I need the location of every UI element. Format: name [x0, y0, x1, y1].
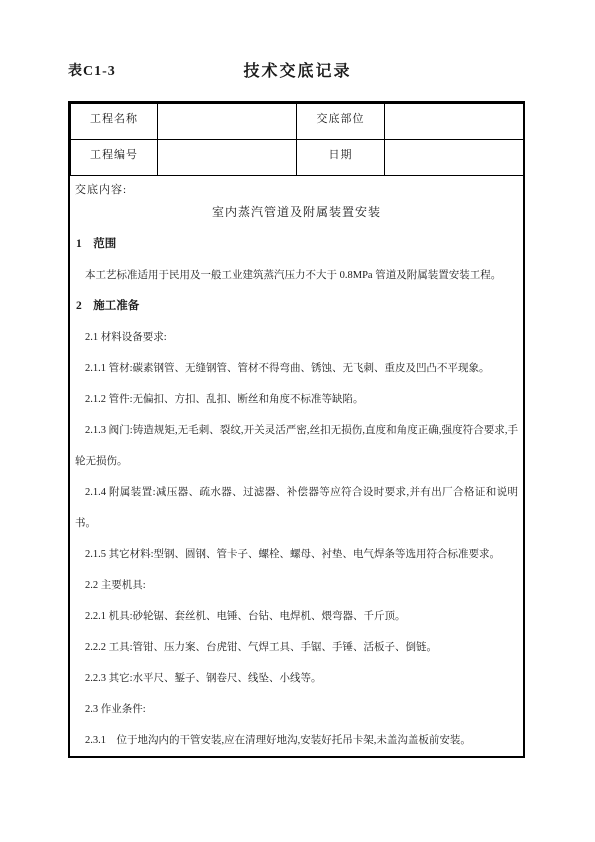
table-row: 工程名称 交底部位 [71, 104, 524, 140]
project-name-label: 工程名称 [71, 104, 158, 140]
disclosure-content: 交底内容: 室内蒸汽管道及附属装置安装 1 范围 本工艺标准适用于民用及一般工业… [70, 176, 523, 756]
table-row: 工程编号 日期 [71, 140, 524, 176]
paragraph: 2.1 材料设备要求: [75, 322, 518, 353]
document-frame: 工程名称 交底部位 工程编号 日期 交底内容: 室内蒸汽管道及附属装置安装 1 … [68, 101, 525, 758]
paragraph: 2.1.4 附属装置:减压器、疏水器、过滤器、补偿器等应符合设时要求,并有出厂合… [75, 477, 518, 539]
paragraph: 2.1.2 管件:无偏扣、方扣、乱扣、断丝和角度不标准等缺陷。 [75, 384, 518, 415]
disclosure-part-value [385, 104, 524, 140]
project-number-value [158, 140, 297, 176]
paragraph: 2.3.1 位于地沟内的干管安装,应在清理好地沟,安装好托吊卡架,未盖沟盖板前安… [75, 725, 518, 756]
date-label: 日期 [297, 140, 385, 176]
paragraph: 2.1.3 阀门:铸造规矩,无毛刺、裂纹,开关灵活严密,丝扣无损伤,直度和角度正… [75, 415, 518, 477]
paragraph: 2.2.2 工具:管钳、压力案、台虎钳、气焊工具、手锯、手锤、活板子、倒链。 [75, 632, 518, 663]
paragraph: 本工艺标准适用于民用及一般工业建筑蒸汽压力不大于 0.8MPa 管道及附属装置安… [75, 260, 518, 291]
paragraph: 2.2.3 其它:水平尺、錾子、钢卷尺、线坠、小线等。 [75, 663, 518, 694]
disclosure-part-label: 交底部位 [297, 104, 385, 140]
paragraph: 2.1.5 其它材料:型钢、圆钢、管卡子、螺栓、螺母、衬垫、电气焊条等选用符合标… [75, 539, 518, 570]
page-title: 技术交底记录 [0, 58, 595, 81]
section-heading-preparation: 2 施工准备 [75, 291, 518, 322]
content-section-label: 交底内容: [75, 182, 518, 198]
paragraph: 2.2.1 机具:砂轮锯、套丝机、电锤、台钻、电焊机、煨弯器、千斤顶。 [75, 601, 518, 632]
paragraph: 2.3 作业条件: [75, 694, 518, 725]
paragraph-list: 1 范围 本工艺标准适用于民用及一般工业建筑蒸汽压力不大于 0.8MPa 管道及… [75, 229, 518, 756]
paragraph: 2.1.1 管材:碳素钢管、无缝钢管、管材不得弯曲、锈蚀、无飞刺、重皮及凹凸不平… [75, 353, 518, 384]
paragraph: 2.2 主要机具: [75, 570, 518, 601]
project-name-value [158, 104, 297, 140]
project-number-label: 工程编号 [71, 140, 158, 176]
content-subtitle: 室内蒸汽管道及附属装置安装 [75, 204, 518, 220]
meta-table: 工程名称 交底部位 工程编号 日期 [70, 103, 524, 176]
document-page: { "header": { "form_code": "表C1-3", "tit… [0, 0, 595, 842]
section-heading-scope: 1 范围 [75, 229, 518, 260]
date-value [385, 140, 524, 176]
